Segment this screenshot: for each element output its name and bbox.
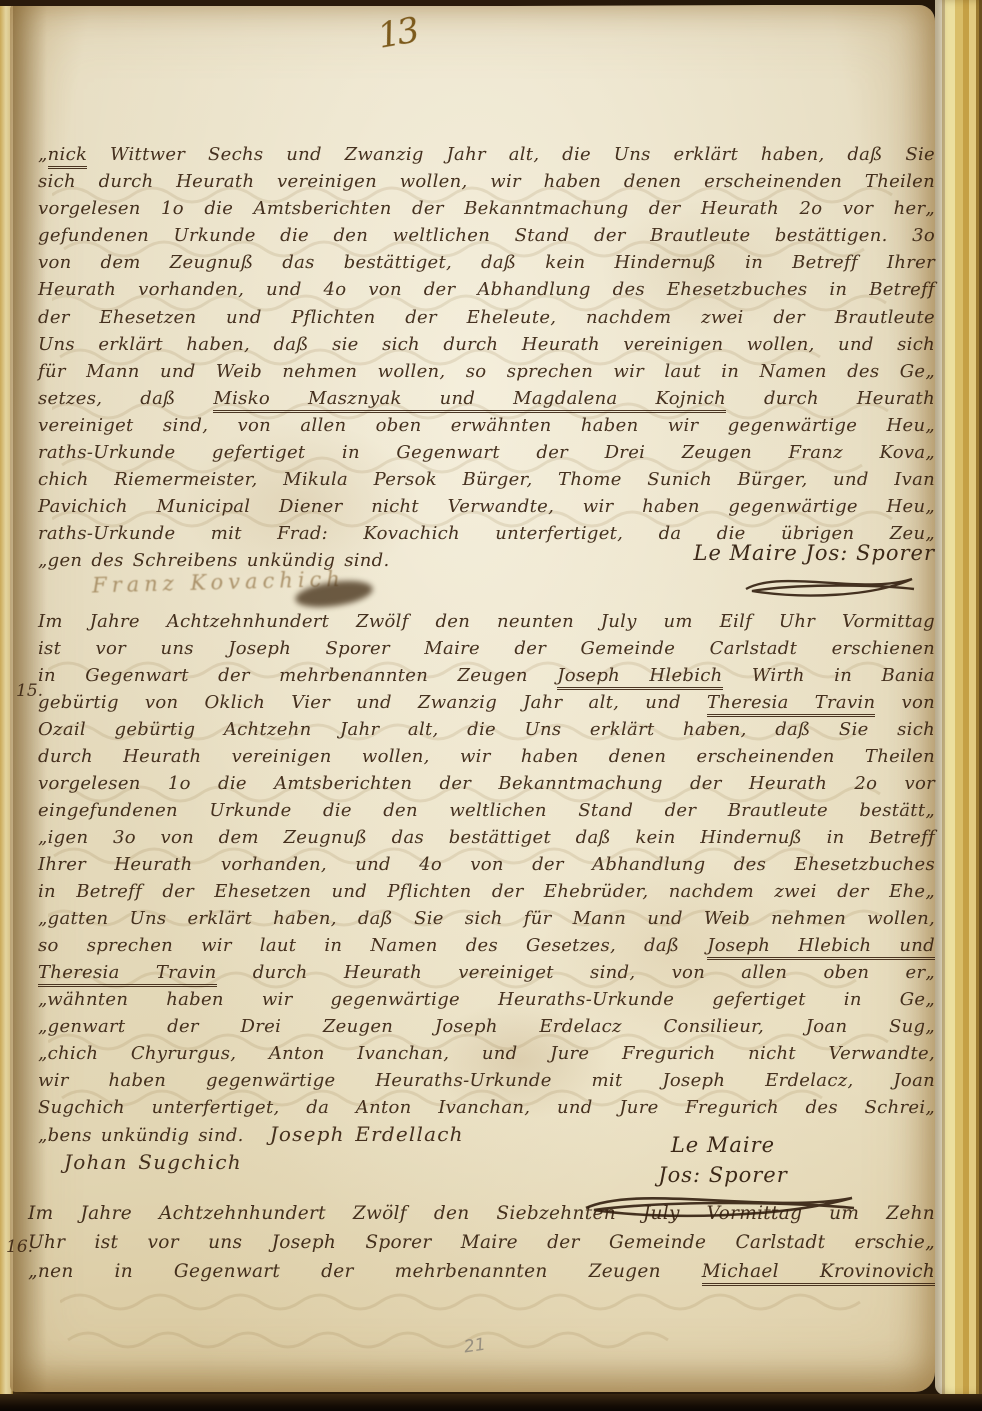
- manuscript-line: Pavichich Municipal Diener nicht Verwand…: [38, 493, 935, 520]
- manuscript-line: Theresia Travin durch Heurath vereiniget…: [38, 959, 935, 986]
- manuscript-line: vorgelesen 1o die Amtsberichten der Beka…: [38, 195, 935, 222]
- manuscript-line: „wähnten haben wir gegenwärtige Heuraths…: [38, 986, 935, 1013]
- manuscript-line: „gatten Uns erklärt haben, daß Sie sich …: [38, 905, 935, 932]
- underlined-name: Theresia Travin: [38, 962, 217, 987]
- text-segment: „bens unkündig sind.: [38, 1125, 244, 1146]
- text-segment: „genwart der Drei Zeugen Joseph Erdelacz…: [38, 1016, 935, 1037]
- pencil-page-number: 21: [463, 1335, 487, 1358]
- underlined-name: Michael Krovinovich: [702, 1261, 935, 1286]
- signature: Joseph Erdellach: [270, 1122, 464, 1146]
- manuscript-line: „genwart der Drei Zeugen Joseph Erdelacz…: [38, 1013, 935, 1040]
- manuscript-line: gebürtig von Oklich Vier und Zwanzig Jah…: [38, 689, 935, 716]
- signature: Johan Sugchich: [64, 1150, 242, 1174]
- text-segment: ist vor uns Joseph Sporer Maire der Geme…: [38, 638, 935, 659]
- record-block-15: Im Jahre Achtzehnhundert Zwölf den neunt…: [38, 608, 935, 1177]
- manuscript-line: in Gegenwart der mehrbenannten Zeugen Jo…: [38, 662, 935, 689]
- text-segment: vereiniget sind, von allen oben erwähnte…: [38, 415, 935, 436]
- manuscript-line: „nick Wittwer Sechs und Zwanzig Jahr alt…: [38, 141, 935, 168]
- text-segment: durch Heurath: [726, 388, 935, 409]
- manuscript-line: Uhr ist vor uns Joseph Sporer Maire der …: [28, 1228, 935, 1257]
- manuscript-line: sich durch Heurath vereinigen wollen, wi…: [38, 168, 935, 195]
- manuscript-line: durch Heurath vereinigen wollen, wir hab…: [38, 743, 935, 770]
- manuscript-line: „nen in Gegenwart der mehrbenannten Zeug…: [28, 1257, 935, 1286]
- manuscript-scan: 13 15. 16. „nick Wittwer Sechs und Zwanz…: [0, 0, 982, 1411]
- manuscript-line: Heurath vorhanden, und 4o von der Abhand…: [38, 276, 935, 303]
- manuscript-line: vereiniget sind, von allen oben erwähnte…: [38, 412, 935, 439]
- text-segment: für Mann und Weib nehmen wollen, so spre…: [38, 361, 935, 382]
- text-segment: „: [38, 144, 48, 165]
- manuscript-line: Im Jahre Achtzehnhundert Zwölf den Siebz…: [28, 1199, 935, 1228]
- text-segment: gebürtig von Oklich Vier und Zwanzig Jah…: [38, 692, 707, 713]
- manuscript-line: in Betreff der Ehesetzen und Pflichten d…: [38, 878, 935, 905]
- manuscript-line: Ozail gebürtig Achtzehn Jahr alt, die Un…: [38, 716, 935, 743]
- underlined-name: Misko Masznyak und Magdalena Kojnich: [213, 388, 726, 413]
- mayor-signature-1: Le Maire Jos: Sporer: [620, 541, 935, 565]
- text-segment: setzes, daß: [38, 388, 213, 409]
- manuscript-line: für Mann und Weib nehmen wollen, so spre…: [38, 358, 935, 385]
- text-segment: gefundenen Urkunde die den weltlichen St…: [38, 225, 935, 246]
- text-segment: „chich Chyrurgus, Anton Ivanchan, und Ju…: [38, 1043, 935, 1064]
- text-segment: „gatten Uns erklärt haben, daß Sie sich …: [38, 908, 935, 929]
- text-segment: Im Jahre Achtzehnhundert Zwölf den neunt…: [38, 611, 935, 632]
- manuscript-line: „igen 3o von dem Zeugnuß das bestättiget…: [38, 824, 935, 851]
- text-segment: durch Heurath vereinigen wollen, wir hab…: [38, 746, 935, 767]
- text-segment: Pavichich Municipal Diener nicht Verwand…: [38, 496, 935, 517]
- text-segment: Wirth in Bania: [723, 665, 935, 686]
- text-segment: von dem Zeugnuß das bestättiget, daß kei…: [38, 252, 935, 273]
- mayor-signature-line2: Jos: Sporer: [598, 1160, 848, 1190]
- text-segment: „wähnten haben wir gegenwärtige Heuraths…: [38, 989, 935, 1010]
- underlined-name: Theresia Travin: [707, 692, 875, 717]
- manuscript-line: eingefundenen Urkunde die den weltlichen…: [38, 797, 935, 824]
- record-block-16: Im Jahre Achtzehnhundert Zwölf den Siebz…: [28, 1199, 935, 1286]
- manuscript-line: Sugchich unterfertiget, da Anton Ivancha…: [38, 1094, 935, 1121]
- underlined-name: nick: [48, 144, 88, 169]
- manuscript-line: so sprechen wir laut in Namen des Gesetz…: [38, 932, 935, 959]
- mayor-signature-2: Le Maire Jos: Sporer: [598, 1130, 848, 1190]
- text-segment: von: [875, 692, 935, 713]
- record-block-14: „nick Wittwer Sechs und Zwanzig Jahr alt…: [38, 141, 935, 575]
- underlined-name: Joseph Hlebich: [557, 665, 722, 690]
- manuscript-line: von dem Zeugnuß das bestättiget, daß kei…: [38, 249, 935, 276]
- top-edge-shadow: [0, 0, 982, 6]
- text-segment: in Betreff der Ehesetzen und Pflichten d…: [38, 881, 935, 902]
- text-segment: sich durch Heurath vereinigen wollen, wi…: [38, 171, 935, 192]
- text-segment: der Ehesetzen und Pflichten der Eheleute…: [38, 307, 935, 328]
- text-segment: Uns erklärt haben, daß sie sich durch He…: [38, 334, 935, 355]
- manuscript-line: gefundenen Urkunde die den weltlichen St…: [38, 222, 935, 249]
- text-segment: Wittwer Sechs und Zwanzig Jahr alt, die …: [87, 144, 935, 165]
- text-segment: in Gegenwart der mehrbenannten Zeugen: [38, 665, 557, 686]
- text-segment: so sprechen wir laut in Namen des Gesetz…: [38, 935, 707, 956]
- text-segment: durch Heurath vereiniget sind, von allen…: [217, 962, 935, 983]
- manuscript-line: ist vor uns Joseph Sporer Maire der Geme…: [38, 635, 935, 662]
- text-segment: Heurath vorhanden, und 4o von der Abhand…: [38, 279, 935, 300]
- manuscript-line: wir haben gegenwärtige Heuraths-Urkunde …: [38, 1067, 935, 1094]
- text-segment: Uhr ist vor uns Joseph Sporer Maire der …: [28, 1232, 935, 1253]
- text-segment: vorgelesen 1o die Amtsberichten der Beka…: [38, 773, 935, 794]
- text-segment: eingefundenen Urkunde die den weltlichen…: [38, 800, 935, 821]
- mayor-signature-line1: Le Maire: [598, 1130, 848, 1160]
- text-segment: Im Jahre Achtzehnhundert Zwölf den Siebz…: [28, 1203, 935, 1224]
- manuscript-line: der Ehesetzen und Pflichten der Eheleute…: [38, 304, 935, 331]
- manuscript-line: setzes, daß Misko Masznyak und Magdalena…: [38, 385, 935, 412]
- manuscript-line: Im Jahre Achtzehnhundert Zwölf den neunt…: [38, 608, 935, 635]
- manuscript-line: vorgelesen 1o die Amtsberichten der Beka…: [38, 770, 935, 797]
- folio-number: 13: [375, 11, 420, 57]
- text-segment: „nen in Gegenwart der mehrbenannten Zeug…: [28, 1261, 702, 1282]
- text-segment: Sugchich unterfertiget, da Anton Ivancha…: [38, 1097, 935, 1118]
- text-segment: „igen 3o von dem Zeugnuß das bestättiget…: [38, 827, 935, 848]
- text-segment: Ihrer Heurath vorhanden, und 4o von der …: [38, 854, 935, 875]
- manuscript-line: Uns erklärt haben, daß sie sich durch He…: [38, 331, 935, 358]
- right-page-edges: [935, 0, 982, 1395]
- manuscript-line: raths-Urkunde gefertiget in Gegenwart de…: [38, 439, 935, 466]
- underlined-name: Joseph Hlebich und: [707, 935, 935, 960]
- text-segment: Ozail gebürtig Achtzehn Jahr alt, die Un…: [38, 719, 935, 740]
- text-segment: vorgelesen 1o die Amtsberichten der Beka…: [38, 198, 935, 219]
- manuscript-line: chich Riemermeister, Mikula Persok Bürge…: [38, 466, 935, 493]
- text-segment: wir haben gegenwärtige Heuraths-Urkunde …: [38, 1070, 935, 1091]
- text-segment: chich Riemermeister, Mikula Persok Bürge…: [38, 469, 935, 490]
- manuscript-line: Ihrer Heurath vorhanden, und 4o von der …: [38, 851, 935, 878]
- manuscript-line: „chich Chyrurgus, Anton Ivanchan, und Ju…: [38, 1040, 935, 1067]
- text-segment: raths-Urkunde gefertiget in Gegenwart de…: [38, 442, 935, 463]
- bottom-table-edge: [0, 1394, 982, 1411]
